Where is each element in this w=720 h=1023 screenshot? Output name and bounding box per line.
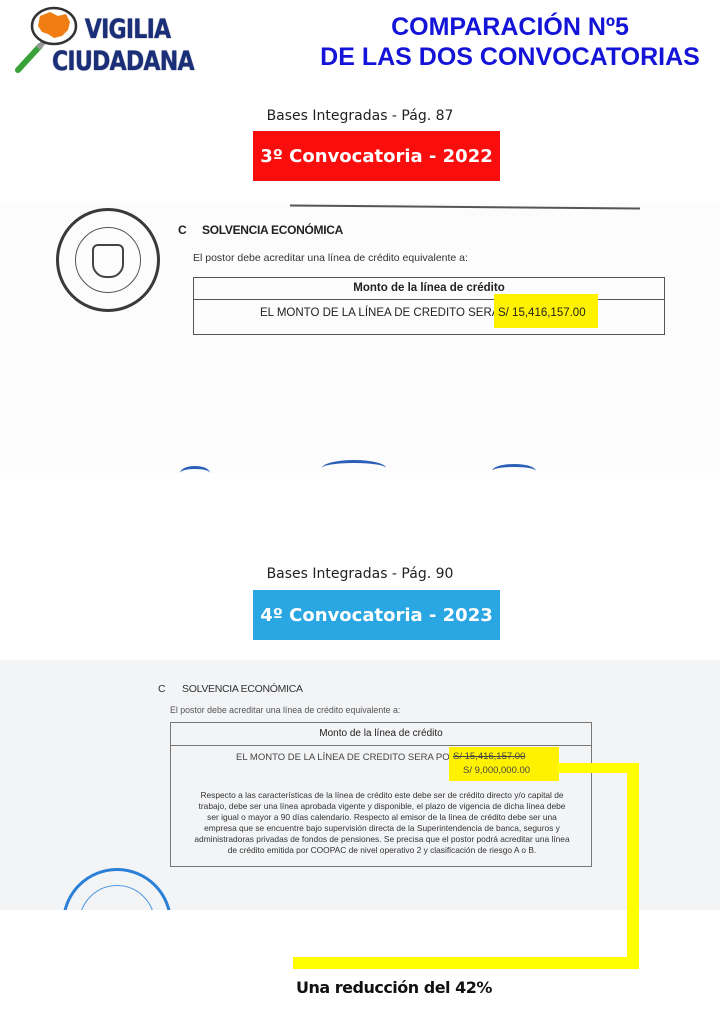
table-header: Monto de la línea de crédito: [171, 723, 591, 746]
table-row: EL MONTO DE LA LÍNEA DE CREDITO SERA POR…: [171, 746, 591, 786]
paragraph-line: trabajo, debe ser una línea aprobada vig…: [172, 801, 592, 812]
section-title: SOLVENCIA ECONÓMICA: [182, 683, 303, 695]
paragraph-line: administradoras privadas de fondos de pe…: [172, 834, 592, 845]
paragraph-line: Respecto a las características de la lín…: [172, 790, 592, 801]
page-title: COMPARACIÓN Nº5 DE LAS DOS CONVOCATORIAS: [310, 12, 710, 72]
amount-2023-highlight: S/ 15,416,157.00 S/ 9,000,000.00: [449, 747, 559, 781]
logo-line1: VIGILIA: [52, 14, 194, 46]
logo-line2: CIUDADANA: [52, 46, 194, 78]
row-label: EL MONTO DE LA LÍNEA DE CREDITO SERA POR: [260, 301, 527, 325]
old-amount-struck: S/ 15,416,157.00: [453, 750, 559, 764]
paragraph-line: de crédito emitida por COOPAC de nivel o…: [172, 845, 592, 856]
convocatoria-2022-badge: 3º Convocatoria - 2022: [253, 131, 500, 181]
reduction-conclusion: Una reducción del 42%: [296, 978, 492, 997]
section-letter: C: [178, 223, 202, 237]
page-reference-2: Bases Integradas - Pág. 90: [0, 566, 720, 582]
paragraph-line: empresa que se encuentre bajo supervisió…: [172, 823, 592, 834]
intro-text-2023: El postor debe acreditar una línea de cr…: [170, 705, 400, 715]
section-title: SOLVENCIA ECONÓMICA: [202, 223, 343, 237]
table-row: EL MONTO DE LA LÍNEA DE CREDITO SERA POR…: [194, 300, 664, 334]
amount-2022-highlight: S/ 15,416,157.00: [494, 294, 598, 328]
stamp-arc: [322, 460, 386, 476]
title-line1: COMPARACIÓN Nº5: [310, 12, 710, 42]
row-label: EL MONTO DE LA LÍNEA DE CREDITO SERA POR: [236, 752, 457, 763]
stamp-arc: [180, 466, 210, 480]
highlight-connector: [627, 763, 639, 969]
page-reference-1: Bases Integradas - Pág. 87: [0, 108, 720, 124]
intro-text-2022: El postor debe acreditar una línea de cr…: [193, 252, 468, 264]
title-line2: DE LAS DOS CONVOCATORIAS: [310, 42, 710, 72]
official-seal-stamp: [56, 208, 160, 312]
logo-text: VIGILIA CIUDADANA: [52, 14, 194, 78]
credit-requirements-paragraph: Respecto a las características de la lín…: [172, 790, 592, 856]
section-letter: C: [158, 683, 182, 695]
highlight-connector: [293, 957, 639, 969]
vigilia-ciudadana-logo: VIGILIA CIUDADANA: [10, 4, 185, 82]
new-amount: S/ 9,000,000.00: [453, 764, 559, 778]
section-heading-2023: CSOLVENCIA ECONÓMICA: [158, 683, 303, 695]
stamp-arc: [492, 464, 536, 478]
coat-of-arms-icon: [92, 244, 124, 278]
convocatoria-2023-badge: 4º Convocatoria - 2023: [253, 590, 500, 640]
paragraph-line: ser igual o mayor a 90 días calendario. …: [172, 812, 592, 823]
credit-table-2022: Monto de la línea de crédito EL MONTO DE…: [193, 277, 665, 335]
section-heading-2022: CSOLVENCIA ECONÓMICA: [178, 223, 343, 237]
